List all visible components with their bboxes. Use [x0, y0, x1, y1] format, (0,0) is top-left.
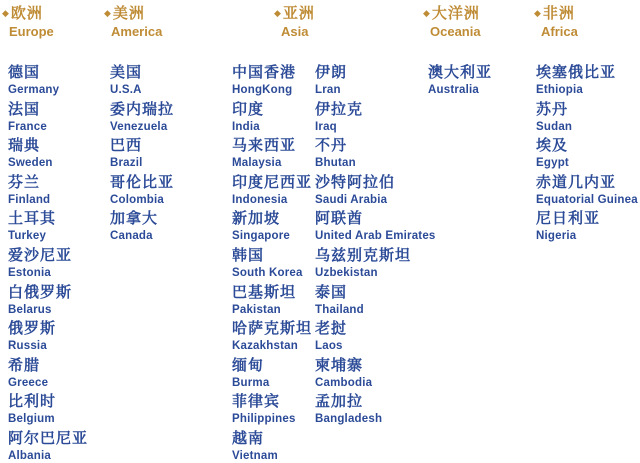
country-name-en: Thailand: [315, 303, 436, 317]
continent-name-cn-text: 欧洲: [11, 5, 43, 22]
country-item: 不丹 Bhutan: [315, 136, 436, 173]
diamond-bullet-icon: ◆: [423, 8, 430, 18]
diamond-bullet-icon: ◆: [2, 8, 9, 18]
country-item: 阿联酋 United Arab Emirates: [315, 209, 436, 246]
country-name-cn: 埃塞俄比亚: [536, 63, 638, 82]
country-name-en: Bangladesh: [315, 412, 436, 426]
country-name-cn: 缅甸: [232, 356, 312, 375]
country-name-en: Greece: [8, 376, 88, 390]
country-name-en: Cambodia: [315, 376, 436, 390]
country-name-en: Ethiopia: [536, 83, 638, 97]
country-name-en: Bhutan: [315, 156, 436, 170]
country-item: 赤道几内亚 Equatorial Guinea: [536, 173, 638, 210]
country-item: 新加坡 Singapore: [232, 209, 312, 246]
country-name-cn: 柬埔寨: [315, 356, 436, 375]
country-name-en: Saudi Arabia: [315, 193, 436, 207]
country-name-cn: 哈萨克斯坦: [232, 319, 312, 338]
country-name-cn: 中国香港: [232, 63, 312, 82]
country-name-en: United Arab Emirates: [315, 229, 436, 243]
continent-header-europe: ◆欧洲 Europe: [2, 4, 54, 39]
country-name-en: Germany: [8, 83, 88, 97]
country-name-cn: 老挝: [315, 319, 436, 338]
country-item: 澳大利亚 Australia: [428, 63, 492, 100]
country-name-cn: 澳大利亚: [428, 63, 492, 82]
country-name-en: India: [232, 120, 312, 134]
country-column-europe: 德国 Germany 法国 France 瑞典 Sweden 芬兰 Finlan…: [8, 63, 88, 463]
country-item: 委内瑞拉 Venezuela: [110, 100, 174, 137]
country-name-cn: 德国: [8, 63, 88, 82]
country-item: 埃塞俄比亚 Ethiopia: [536, 63, 638, 100]
country-name-en: Nigeria: [536, 229, 638, 243]
country-name-en: Lran: [315, 83, 436, 97]
country-name-en: Australia: [428, 83, 492, 97]
country-name-en: Philippines: [232, 412, 312, 426]
continent-name-cn-text: 美洲: [113, 5, 145, 22]
country-name-cn: 阿联酋: [315, 209, 436, 228]
country-name-cn: 尼日利亚: [536, 209, 638, 228]
continent-name-en: Africa: [541, 24, 578, 39]
country-column-oceania: 澳大利亚 Australia: [428, 63, 492, 100]
country-name-en: Sudan: [536, 120, 638, 134]
country-column-america: 美国 U.S.A 委内瑞拉 Venezuela 巴西 Brazil 哥伦比亚 C…: [110, 63, 174, 246]
country-name-en: Vietnam: [232, 449, 312, 463]
diamond-bullet-icon: ◆: [274, 8, 281, 18]
continent-header-africa: ◆非洲 Africa: [534, 4, 578, 39]
country-item: 泰国 Thailand: [315, 283, 436, 320]
country-item: 韩国 South Korea: [232, 246, 312, 283]
country-item: 印度尼西亚 Indonesia: [232, 173, 312, 210]
country-name-cn: 赤道几内亚: [536, 173, 638, 192]
country-name-en: Pakistan: [232, 303, 312, 317]
country-name-cn: 加拿大: [110, 209, 174, 228]
country-item: 哥伦比亚 Colombia: [110, 173, 174, 210]
country-name-en: Indonesia: [232, 193, 312, 207]
country-item: 瑞典 Sweden: [8, 136, 88, 173]
country-name-cn: 越南: [232, 429, 312, 448]
country-name-cn: 伊拉克: [315, 100, 436, 119]
continent-name-cn-text: 亚洲: [283, 5, 315, 22]
country-item: 爱沙尼亚 Estonia: [8, 246, 88, 283]
country-name-en: Singapore: [232, 229, 312, 243]
country-name-en: Venezuela: [110, 120, 174, 134]
country-name-cn: 希腊: [8, 356, 88, 375]
country-item: 菲律宾 Philippines: [232, 392, 312, 429]
country-name-cn: 比利时: [8, 392, 88, 411]
country-item: 俄罗斯 Russia: [8, 319, 88, 356]
country-name-en: Finland: [8, 193, 88, 207]
continent-name-cn: ◆大洋洲: [423, 4, 481, 23]
country-column-africa: 埃塞俄比亚 Ethiopia 苏丹 Sudan 埃及 Egypt 赤道几内亚 E…: [536, 63, 638, 246]
country-name-cn: 印度尼西亚: [232, 173, 312, 192]
continent-name-cn: ◆非洲: [534, 4, 578, 23]
country-name-cn: 韩国: [232, 246, 312, 265]
country-name-en: Colombia: [110, 193, 174, 207]
country-name-cn: 印度: [232, 100, 312, 119]
country-item: 苏丹 Sudan: [536, 100, 638, 137]
country-name-en: U.S.A: [110, 83, 174, 97]
continent-header-america: ◆美洲 America: [104, 4, 162, 39]
continent-name-cn-text: 非洲: [543, 5, 575, 22]
country-name-cn: 伊朗: [315, 63, 436, 82]
country-name-en: Malaysia: [232, 156, 312, 170]
country-name-cn: 俄罗斯: [8, 319, 88, 338]
countries-by-continent-board: ◆欧洲 Europe ◆美洲 America ◆亚洲 Asia ◆大洋洲 Oce…: [0, 0, 640, 463]
country-name-en: Sweden: [8, 156, 88, 170]
country-name-cn: 爱沙尼亚: [8, 246, 88, 265]
country-name-cn: 委内瑞拉: [110, 100, 174, 119]
country-item: 阿尔巴尼亚 Albania: [8, 429, 88, 463]
continent-name-en: Oceania: [430, 24, 481, 39]
continent-name-en: America: [111, 24, 162, 39]
country-name-cn: 马来西亚: [232, 136, 312, 155]
country-name-cn: 菲律宾: [232, 392, 312, 411]
country-name-en: HongKong: [232, 83, 312, 97]
country-name-en: Equatorial Guinea: [536, 193, 638, 207]
country-item: 希腊 Greece: [8, 356, 88, 393]
continent-name-cn-text: 大洋洲: [432, 5, 480, 22]
country-name-en: South Korea: [232, 266, 312, 280]
country-item: 伊拉克 Iraq: [315, 100, 436, 137]
country-item: 土耳其 Turkey: [8, 209, 88, 246]
country-item: 巴基斯坦 Pakistan: [232, 283, 312, 320]
country-name-en: Laos: [315, 339, 436, 353]
country-item: 比利时 Belgium: [8, 392, 88, 429]
country-name-en: Belarus: [8, 303, 88, 317]
diamond-bullet-icon: ◆: [104, 8, 111, 18]
continent-name-cn: ◆亚洲: [274, 4, 315, 23]
country-item: 法国 France: [8, 100, 88, 137]
country-item: 美国 U.S.A: [110, 63, 174, 100]
continent-name-cn: ◆欧洲: [2, 4, 54, 23]
country-name-en: France: [8, 120, 88, 134]
country-item: 乌兹别克斯坦 Uzbekistan: [315, 246, 436, 283]
diamond-bullet-icon: ◆: [534, 8, 541, 18]
country-item: 加拿大 Canada: [110, 209, 174, 246]
country-name-cn: 孟加拉: [315, 392, 436, 411]
country-name-cn: 新加坡: [232, 209, 312, 228]
country-name-en: Uzbekistan: [315, 266, 436, 280]
country-item: 沙特阿拉伯 Saudi Arabia: [315, 173, 436, 210]
country-name-en: Russia: [8, 339, 88, 353]
country-name-cn: 阿尔巴尼亚: [8, 429, 88, 448]
country-item: 尼日利亚 Nigeria: [536, 209, 638, 246]
continent-name-en: Europe: [9, 24, 54, 39]
continent-name-en: Asia: [281, 24, 315, 39]
country-name-en: Brazil: [110, 156, 174, 170]
country-column-asia-2: 伊朗 Lran 伊拉克 Iraq 不丹 Bhutan 沙特阿拉伯 Saudi A…: [315, 63, 436, 429]
country-name-en: Canada: [110, 229, 174, 243]
country-name-en: Estonia: [8, 266, 88, 280]
country-name-cn: 白俄罗斯: [8, 283, 88, 302]
country-name-cn: 乌兹别克斯坦: [315, 246, 436, 265]
country-name-cn: 巴西: [110, 136, 174, 155]
country-name-en: Iraq: [315, 120, 436, 134]
country-item: 芬兰 Finland: [8, 173, 88, 210]
continent-header-oceania: ◆大洋洲 Oceania: [423, 4, 481, 39]
country-name-cn: 巴基斯坦: [232, 283, 312, 302]
country-item: 柬埔寨 Cambodia: [315, 356, 436, 393]
country-name-cn: 不丹: [315, 136, 436, 155]
country-item: 德国 Germany: [8, 63, 88, 100]
continent-name-cn: ◆美洲: [104, 4, 162, 23]
country-item: 中国香港 HongKong: [232, 63, 312, 100]
country-item: 缅甸 Burma: [232, 356, 312, 393]
country-item: 哈萨克斯坦 Kazakhstan: [232, 319, 312, 356]
country-name-en: Turkey: [8, 229, 88, 243]
country-name-cn: 哥伦比亚: [110, 173, 174, 192]
country-item: 伊朗 Lran: [315, 63, 436, 100]
country-name-cn: 瑞典: [8, 136, 88, 155]
country-item: 马来西亚 Malaysia: [232, 136, 312, 173]
country-name-cn: 沙特阿拉伯: [315, 173, 436, 192]
country-item: 越南 Vietnam: [232, 429, 312, 463]
country-item: 印度 India: [232, 100, 312, 137]
country-item: 巴西 Brazil: [110, 136, 174, 173]
country-name-cn: 泰国: [315, 283, 436, 302]
country-item: 老挝 Laos: [315, 319, 436, 356]
continent-header-asia: ◆亚洲 Asia: [274, 4, 315, 39]
country-name-cn: 美国: [110, 63, 174, 82]
country-name-en: Burma: [232, 376, 312, 390]
country-name-en: Belgium: [8, 412, 88, 426]
country-name-cn: 埃及: [536, 136, 638, 155]
country-name-en: Egypt: [536, 156, 638, 170]
country-name-cn: 芬兰: [8, 173, 88, 192]
country-item: 白俄罗斯 Belarus: [8, 283, 88, 320]
country-item: 孟加拉 Bangladesh: [315, 392, 436, 429]
country-name-cn: 苏丹: [536, 100, 638, 119]
country-item: 埃及 Egypt: [536, 136, 638, 173]
country-name-cn: 法国: [8, 100, 88, 119]
country-name-cn: 土耳其: [8, 209, 88, 228]
country-column-asia-1: 中国香港 HongKong 印度 India 马来西亚 Malaysia 印度尼…: [232, 63, 312, 463]
country-name-en: Kazakhstan: [232, 339, 312, 353]
country-name-en: Albania: [8, 449, 88, 463]
